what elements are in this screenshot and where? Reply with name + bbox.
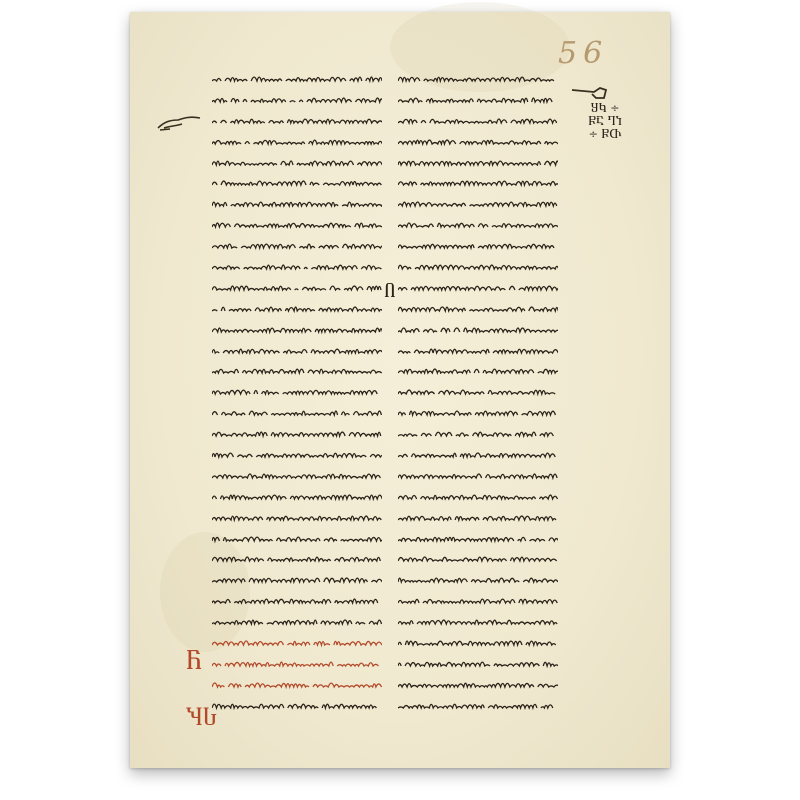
script-line (398, 154, 560, 175)
script-line (398, 91, 560, 112)
script-line (212, 550, 388, 571)
script-line (398, 321, 560, 342)
script-line (212, 488, 388, 509)
script-line (398, 216, 560, 237)
script-line (212, 571, 388, 592)
script-line (398, 258, 560, 279)
script-line (398, 488, 560, 509)
script-line (398, 571, 560, 592)
script-line (398, 509, 560, 530)
script-line (398, 300, 560, 321)
decorated-initial: ႯႱ (186, 706, 217, 730)
script-line (212, 613, 388, 634)
script-line (212, 530, 388, 551)
script-line (398, 613, 560, 634)
manicule-left-icon (156, 112, 204, 134)
script-line (212, 300, 388, 321)
script-line (398, 550, 560, 571)
script-line (398, 676, 560, 697)
script-line (398, 634, 560, 655)
script-line (398, 279, 560, 300)
script-line (212, 342, 388, 363)
marginal-note: ႸႩ ÷ ႼႠ ႤႨ ÷ ႼႧ (585, 102, 625, 141)
script-line (212, 425, 388, 446)
marginal-initial: Ⴖ (384, 282, 396, 301)
script-line (212, 174, 388, 195)
script-line (398, 697, 560, 718)
script-line (398, 70, 560, 91)
script-line (212, 634, 388, 655)
script-line (212, 321, 388, 342)
stage: 56 ႸႩ ÷ ႼႠ ႤႨ ÷ ႼႧ Ⴌ ႯႱ Ⴖ (0, 0, 800, 800)
script-line (212, 404, 388, 425)
script-line (212, 154, 388, 175)
script-line (212, 362, 388, 383)
script-line (212, 446, 388, 467)
script-line (212, 91, 388, 112)
script-line (398, 362, 560, 383)
script-line (398, 655, 560, 676)
script-line (212, 509, 388, 530)
script-line (398, 112, 560, 133)
script-line (212, 70, 388, 91)
script-line (212, 592, 388, 613)
script-line (398, 195, 560, 216)
script-line (398, 425, 560, 446)
script-line (398, 404, 560, 425)
script-line (212, 112, 388, 133)
script-line (212, 279, 388, 300)
rubric-initial: Ⴌ (186, 650, 202, 675)
script-line (398, 592, 560, 613)
right-text-column (398, 70, 560, 718)
script-line (212, 467, 388, 488)
script-line (398, 530, 560, 551)
manicule-right-icon (570, 84, 610, 104)
script-line (398, 342, 560, 363)
script-line (398, 446, 560, 467)
script-line (398, 237, 560, 258)
folio-number: 56 (558, 36, 608, 71)
script-line (212, 237, 388, 258)
script-line (398, 133, 560, 154)
script-line (212, 258, 388, 279)
script-line (398, 467, 560, 488)
script-line (212, 697, 388, 718)
left-text-column (212, 70, 388, 718)
script-line (398, 383, 560, 404)
script-line (212, 195, 388, 216)
script-line (212, 676, 388, 697)
script-line (212, 383, 388, 404)
script-line (212, 655, 388, 676)
script-line (212, 133, 388, 154)
script-line (212, 216, 388, 237)
script-line (398, 174, 560, 195)
